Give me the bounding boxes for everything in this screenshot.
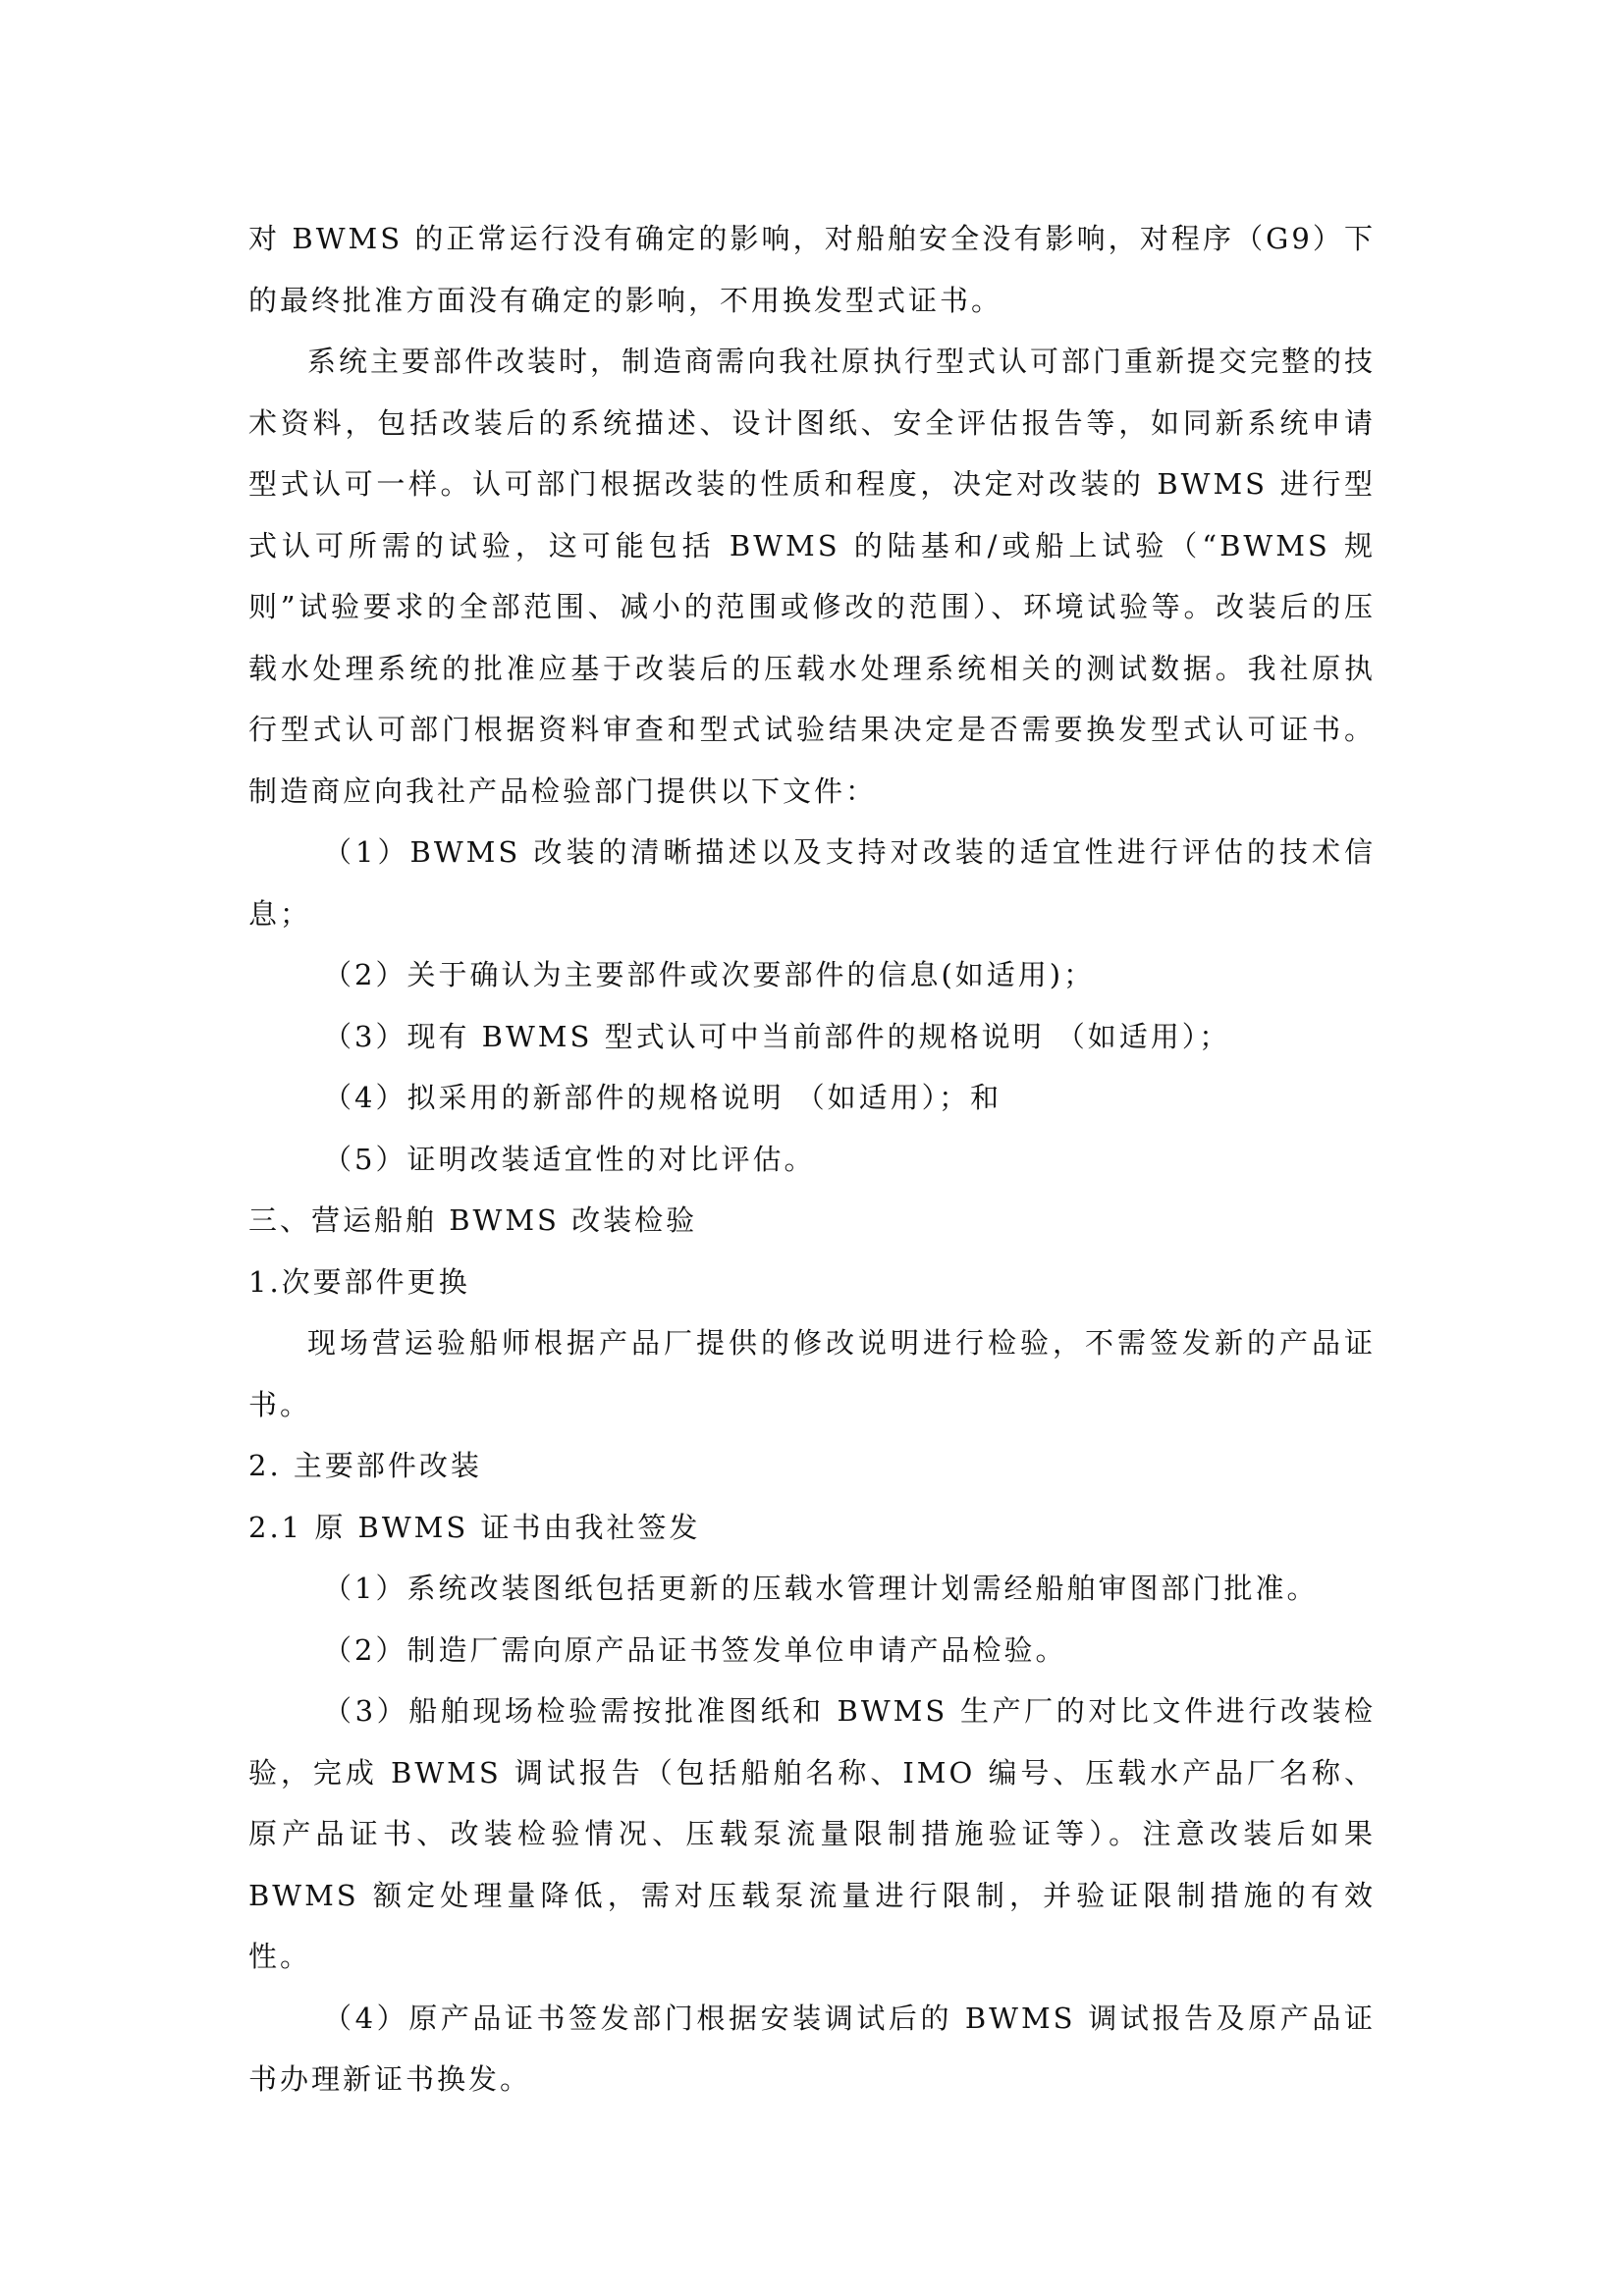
required-documents-list: （1）BWMS 改装的清晰描述以及支持对改装的适宜性进行评估的技术信息； （2）… (248, 822, 1376, 1190)
procedure-list: （1）系统改装图纸包括更新的压载水管理计划需经船舶审图部门批准。 （2）制造厂需… (248, 1558, 1376, 2110)
paragraph-major-modification: 系统主要部件改装时，制造商需向我社原执行型式认可部门重新提交完整的技术资料，包括… (248, 331, 1376, 822)
paragraph-continued: 对 BWMS 的正常运行没有确定的影响，对船舶安全没有影响，对程序（G9）下的最… (248, 208, 1376, 331)
list-item: （2）关于确认为主要部件或次要部件的信息(如适用)； (248, 944, 1376, 1006)
subsubsection-heading: 2.1 原 BWMS 证书由我社签发 (248, 1497, 1376, 1559)
paragraph-minor-replacement: 现场营运验船师根据产品厂提供的修改说明进行检验，不需签发新的产品证书。 (248, 1312, 1376, 1435)
section-heading: 三、营运船舶 BWMS 改装检验 (248, 1190, 1376, 1252)
list-item: （5）证明改装适宜性的对比评估。 (248, 1129, 1376, 1191)
list-item: （2）制造厂需向原产品证书签发单位申请产品检验。 (248, 1620, 1376, 1682)
list-item: （3）船舶现场检验需按批准图纸和 BWMS 生产厂的对比文件进行改装检验，完成 … (248, 1681, 1376, 1988)
subsection-heading: 1.次要部件更换 (248, 1252, 1376, 1313)
list-item: （4）原产品证书签发部门根据安装调试后的 BWMS 调试报告及原产品证书办理新证… (248, 1988, 1376, 2110)
document-page: 对 BWMS 的正常运行没有确定的影响，对船舶安全没有影响，对程序（G9）下的最… (248, 208, 1376, 2110)
list-item: （1）系统改装图纸包括更新的压载水管理计划需经船舶审图部门批准。 (248, 1558, 1376, 1620)
list-item: （1）BWMS 改装的清晰描述以及支持对改装的适宜性进行评估的技术信息； (248, 822, 1376, 944)
subsection-heading: 2. 主要部件改装 (248, 1435, 1376, 1497)
list-item: （4）拟采用的新部件的规格说明 （如适用）；和 (248, 1067, 1376, 1129)
list-item: （3）现有 BWMS 型式认可中当前部件的规格说明 （如适用）； (248, 1006, 1376, 1068)
